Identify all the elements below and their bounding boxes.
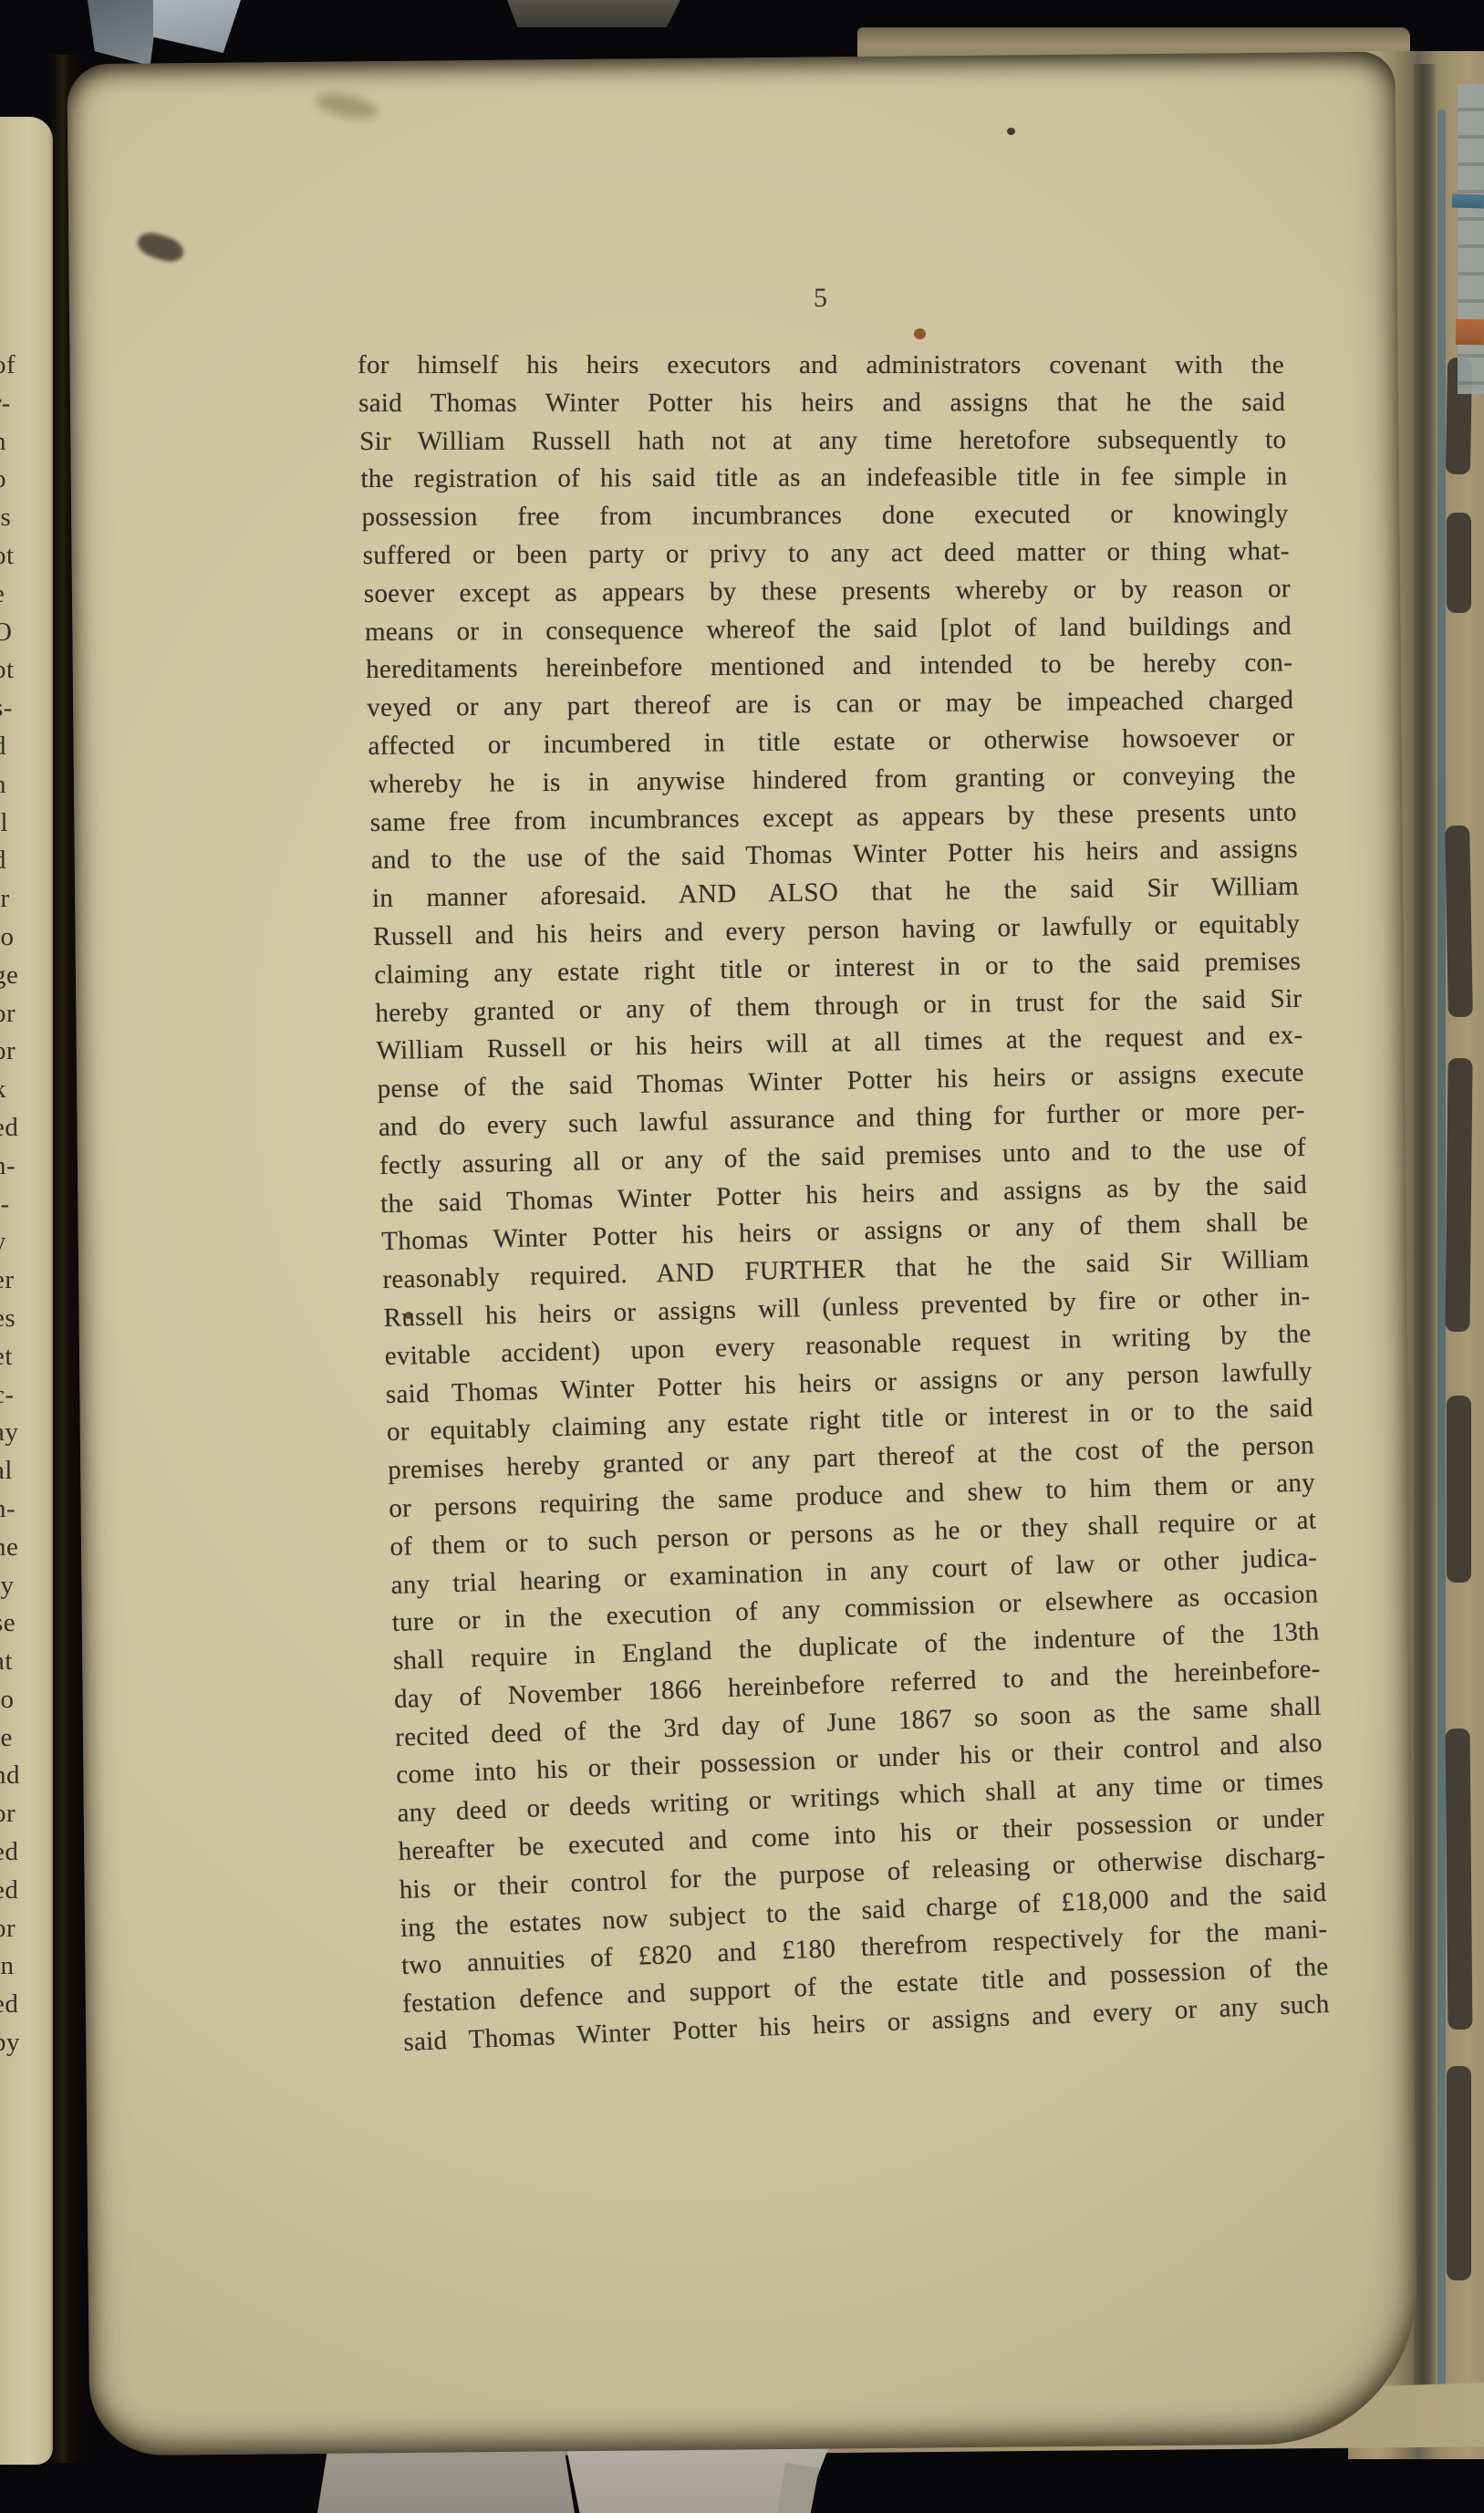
facing-page-text-fragment: at	[0, 1643, 42, 1681]
fore-edge-wear-patch	[1445, 826, 1473, 1017]
facing-page-text-fragment: ir	[0, 880, 42, 919]
text-line: Sir William Russell hath not at any time…	[359, 421, 1286, 462]
facing-page-text-fragment: in	[0, 1947, 42, 1986]
facing-page-text-fragment: o	[0, 461, 42, 499]
facing-page-text-fragment: of	[0, 347, 42, 385]
facing-page-text-fragments: ofr-noisoteOots-dhlldirtogeororkedn-l-ye…	[0, 347, 42, 2062]
facing-page-text-fragment: le	[0, 1719, 42, 1758]
stacked-items-right-edge	[1458, 84, 1484, 394]
text-line: for himself his heirs executors and admi…	[358, 347, 1284, 385]
fore-edge-wear-patch	[1446, 1729, 1473, 2030]
text-block: for himself his heirs executors and admi…	[358, 347, 1284, 2062]
facing-page-text-fragment: to	[0, 919, 42, 957]
facing-page-text-fragment: r-	[0, 385, 42, 423]
text-line: possession free from incumbrances done e…	[362, 495, 1289, 537]
facing-page-text-fragment: d	[0, 842, 42, 880]
facing-page-text-fragment: ed	[0, 1872, 42, 1910]
facing-page-text-fragment: ne	[0, 1529, 42, 1567]
facing-page-text-fragment: et	[0, 1338, 42, 1376]
facing-page-text-fragment: ly	[0, 1567, 42, 1605]
facing-page-text-fragment: c-	[0, 1376, 42, 1415]
dark-speck	[1007, 128, 1015, 135]
facing-page-text-fragment: l-	[0, 1186, 42, 1224]
orange-band-right-edge	[1456, 319, 1484, 346]
facing-page-text-fragment: k	[0, 1071, 42, 1109]
text-line: said Thomas Winter Potter his heirs and …	[358, 384, 1285, 423]
facing-page-text-fragment: n	[0, 423, 42, 462]
facing-page-text-fragment: n-	[0, 1490, 42, 1529]
fore-edge-wear-patch	[1445, 1058, 1472, 1332]
facing-page-text-fragment: or	[0, 1033, 42, 1071]
paper-scrap-top-left-2	[153, 0, 241, 53]
facing-page-text-fragment: s-	[0, 690, 42, 728]
facing-page-text-fragment: or	[0, 1910, 42, 1948]
facing-page-text-fragment: y	[0, 1223, 42, 1262]
blue-band-right-edge	[1452, 194, 1484, 209]
facing-page-text-fragment: or	[0, 995, 42, 1033]
page-number: 5	[358, 283, 1284, 314]
text-line: the registration of his said title as an…	[360, 459, 1287, 500]
facing-page-text-fragment: al	[0, 1452, 42, 1490]
foxing-spot	[914, 328, 926, 339]
fore-edge-wear-patch	[1447, 1396, 1471, 1583]
fore-edge-wear-patch	[1447, 513, 1471, 613]
facing-page-text-fragment: ed	[0, 1109, 42, 1147]
text-line: suffered or been party or privy to any a…	[363, 533, 1290, 576]
fore-edge-wear-patch	[1447, 2066, 1471, 2280]
facing-page-text-fragment: nd	[0, 1757, 42, 1795]
facing-page-text-fragment: by	[0, 2024, 42, 2062]
paper-scrap-top-left	[88, 0, 159, 66]
paper-scrap-top-center	[507, 0, 680, 27]
facing-page-text-fragment: es	[0, 1300, 42, 1338]
facing-page-text-fragment: ay	[0, 1414, 42, 1452]
facing-page-text-fragment: or	[0, 1795, 42, 1833]
facing-page-text-fragment: ot	[0, 537, 42, 576]
facing-page-text-fragment: ot	[0, 651, 42, 690]
facing-page-text-fragment: se	[0, 1604, 42, 1643]
facing-page-text-fragment: O	[0, 614, 42, 652]
facing-page-text-fragment: ge	[0, 957, 42, 995]
facing-page-text-fragment: ll	[0, 805, 42, 843]
facing-page-text-fragment: h	[0, 766, 42, 805]
facing-page-text-fragment: e	[0, 576, 42, 614]
facing-page-text-fragment: is	[0, 499, 42, 537]
facing-page-text-fragment: ed	[0, 1833, 42, 1872]
facing-page-text-fragment: ed	[0, 1986, 42, 2024]
text-line: soever except as appears by these presen…	[364, 570, 1291, 614]
scanned-book-photo: ofr-noisoteOots-dhlldirtogeororkedn-l-ye…	[0, 0, 1484, 2513]
fore-edge-seam	[1414, 64, 1436, 2435]
fore-edge-blue-seam	[1437, 109, 1446, 2408]
facing-page-text-fragment: er	[0, 1262, 42, 1300]
facing-page-text-fragment: to	[0, 1681, 42, 1719]
facing-page-text-fragment: d	[0, 728, 42, 766]
facing-page-text-fragment: n-	[0, 1147, 42, 1186]
